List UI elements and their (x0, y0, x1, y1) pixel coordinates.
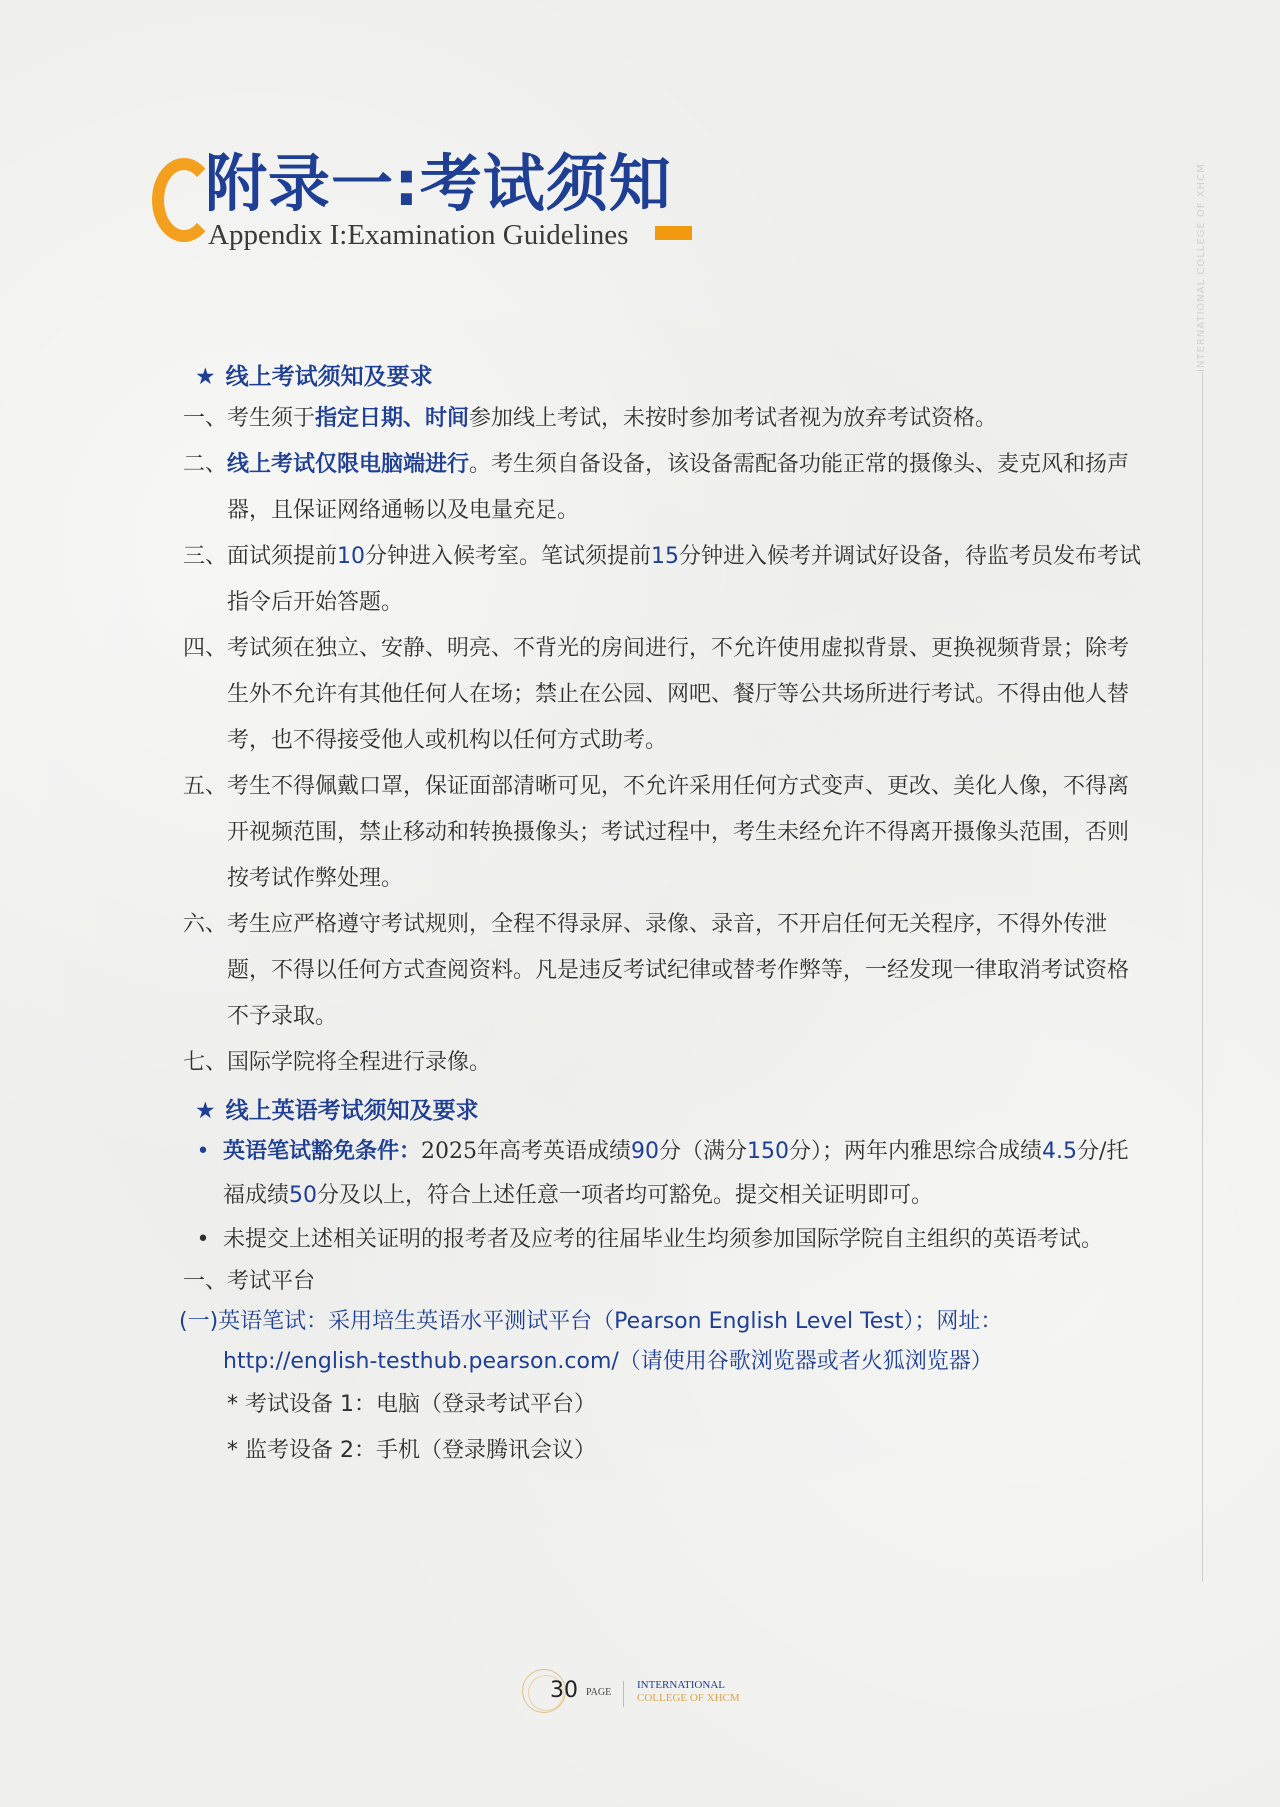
bullet-text-part: 2025年高考英语成绩 (421, 1139, 631, 1164)
star-icon: ★ (195, 1098, 216, 1124)
rule-item-6: 六、 考生应严格遵守考试规则，全程不得录屏、录像、录音，不开启任何无关程序，不得… (183, 902, 1143, 1040)
score-highlight: 90 (631, 1139, 659, 1164)
rule-item-5: 五、 考生不得佩戴口罩，保证面部清晰可见，不允许采用任何方式变声、更改、美化人像… (183, 764, 1143, 902)
page-label: PAGE (586, 1687, 611, 1698)
rule-item-3: 三、 面试须提前10分钟进入候考室。笔试须提前15分钟进入候考并调试好设备，待监… (183, 534, 1143, 626)
bullet-text: 英语笔试豁免条件：2025年高考英语成绩90分（满分150分）；两年内雅思综合成… (223, 1130, 1143, 1218)
rule-item-1: 一、 考生须于指定日期、时间参加线上考试，未按时参加考试者视为放弃考试资格。 (183, 396, 1143, 442)
page-number: 30 (550, 1678, 578, 1703)
bullet-text: 未提交上述相关证明的报考者及应考的往届毕业生均须参加国际学院自主组织的英语考试。 (223, 1218, 1143, 1262)
rule-text: 面试须提前10分钟进入候考室。笔试须提前15分钟进入候考并调试好设备，待监考员发… (227, 534, 1143, 626)
rule-item-2: 二、 线上考试仅限电脑端进行。考生须自备设备，该设备需配备功能正常的摄像头、麦克… (183, 442, 1143, 534)
rule-text-part: 面试须提前 (227, 544, 337, 569)
rule-text: 考生不得佩戴口罩，保证面部清晰可见，不允许采用任何方式变声、更改、美化人像，不得… (227, 764, 1143, 902)
platform-url-link[interactable]: http://english-testhub.pearson.com/ (223, 1349, 619, 1374)
rule-text: 考试须在独立、安静、明亮、不背光的房间进行，不允许使用虚拟背景、更换视频背景；除… (227, 626, 1143, 764)
page-title-cn: 附录一:考试须知 (205, 148, 672, 220)
rule-number: 七、 (183, 1040, 227, 1086)
section-heading-english-exam: ★线上英语考试须知及要求 (183, 1092, 1143, 1130)
rule-number: 二、 (183, 442, 227, 534)
score-highlight: 150 (747, 1139, 789, 1164)
rule-number: 三、 (183, 534, 227, 626)
rule-text-part: 参加线上考试，未按时参加考试者视为放弃考试资格。 (469, 406, 997, 431)
score-highlight: 50 (289, 1183, 317, 1208)
college-name-line1: INTERNATIONAL (637, 1679, 725, 1691)
rule-item-4: 四、 考试须在独立、安静、明亮、不背光的房间进行，不允许使用虚拟背景、更换视频背… (183, 626, 1143, 764)
rule-number: 四、 (183, 626, 227, 764)
rule-number: 六、 (183, 902, 227, 1040)
rule-text: 线上考试仅限电脑端进行。考生须自备设备，该设备需配备功能正常的摄像头、麦克风和扬… (227, 442, 1143, 534)
bullet-text-part: 分（满分 (659, 1139, 747, 1164)
bullet-exemption: • 英语笔试豁免条件：2025年高考英语成绩90分（满分150分）；两年内雅思综… (183, 1130, 1143, 1218)
college-name-line2: COLLEGE OF XHCM (637, 1692, 740, 1704)
content-body: ★线上考试须知及要求 一、 考生须于指定日期、时间参加线上考试，未按时参加考试者… (183, 358, 1143, 1474)
bullet-text-part: 分及以上，符合上述任意一项者均可豁免。提交相关证明即可。 (317, 1183, 933, 1208)
rule-text-part: 考生须于 (227, 406, 315, 431)
platform-url-line: http://english-testhub.pearson.com/（请使用谷… (183, 1342, 1143, 1382)
rule-text: 国际学院将全程进行录像。 (227, 1040, 1143, 1086)
section-heading-text: 线上考试须知及要求 (226, 364, 433, 390)
bullet-dot-icon: • (183, 1218, 223, 1262)
bullet-text-part: 分）；两年内雅思综合成绩 (789, 1139, 1042, 1164)
rule-item-7: 七、 国际学院将全程进行录像。 (183, 1040, 1143, 1086)
page-footer: 30 PAGE INTERNATIONAL COLLEGE OF XHCM (520, 1665, 780, 1715)
bullet-no-proof: • 未提交上述相关证明的报考者及应考的往届毕业生均须参加国际学院自主组织的英语考… (183, 1218, 1143, 1262)
rule-number-highlight: 15 (651, 544, 679, 569)
exemption-label: 英语笔试豁免条件： (223, 1139, 421, 1164)
document-page: 附录一:考试须知 Appendix I:Examination Guidelin… (0, 0, 1280, 1807)
platform-description: 英语笔试：采用培生英语水平测试平台（Pearson English Level … (218, 1309, 1002, 1334)
device-monitor-phone: * 监考设备 2：手机（登录腾讯会议） (183, 1428, 1143, 1474)
footer-divider (623, 1681, 624, 1707)
orange-bar-decoration (655, 226, 692, 240)
rule-number: 五、 (183, 764, 227, 902)
score-highlight: 4.5 (1042, 1139, 1077, 1164)
rule-text: 考生应严格遵守考试规则，全程不得录屏、录像、录音，不开启任何无关程序，不得外传泄… (227, 902, 1143, 1040)
rule-number: 一、 (183, 1262, 227, 1302)
platform-title: 考试平台 (227, 1262, 1143, 1302)
bullet-dot-icon: • (183, 1130, 223, 1218)
rule-number-highlight: 10 (337, 544, 365, 569)
sub-number: (一) (179, 1309, 218, 1334)
rule-text: 考生须于指定日期、时间参加线上考试，未按时参加考试者视为放弃考试资格。 (227, 396, 1143, 442)
side-vertical-label: INTERNATIONAL COLLEGE OF XHCM (1196, 163, 1207, 372)
rule-number: 一、 (183, 396, 227, 442)
star-icon: ★ (195, 364, 216, 390)
rule-highlight: 线上考试仅限电脑端进行 (227, 452, 469, 477)
section-heading-online-exam: ★线上考试须知及要求 (183, 358, 1143, 396)
section-heading-text: 线上英语考试须知及要求 (226, 1098, 479, 1124)
platform-heading: 一、 考试平台 (183, 1262, 1143, 1302)
page-title-en: Appendix I:Examination Guidelines (208, 218, 628, 252)
browser-note: （请使用谷歌浏览器或者火狐浏览器） (619, 1349, 993, 1374)
side-divider-line (1202, 372, 1203, 1582)
device-exam-computer: * 考试设备 1：电脑（登录考试平台） (183, 1382, 1143, 1428)
rule-highlight: 指定日期、时间 (315, 406, 469, 431)
rule-text-part: 分钟进入候考室。笔试须提前 (365, 544, 651, 569)
platform-english-written: (一)英语笔试：采用培生英语水平测试平台（Pearson English Lev… (179, 1302, 1143, 1342)
